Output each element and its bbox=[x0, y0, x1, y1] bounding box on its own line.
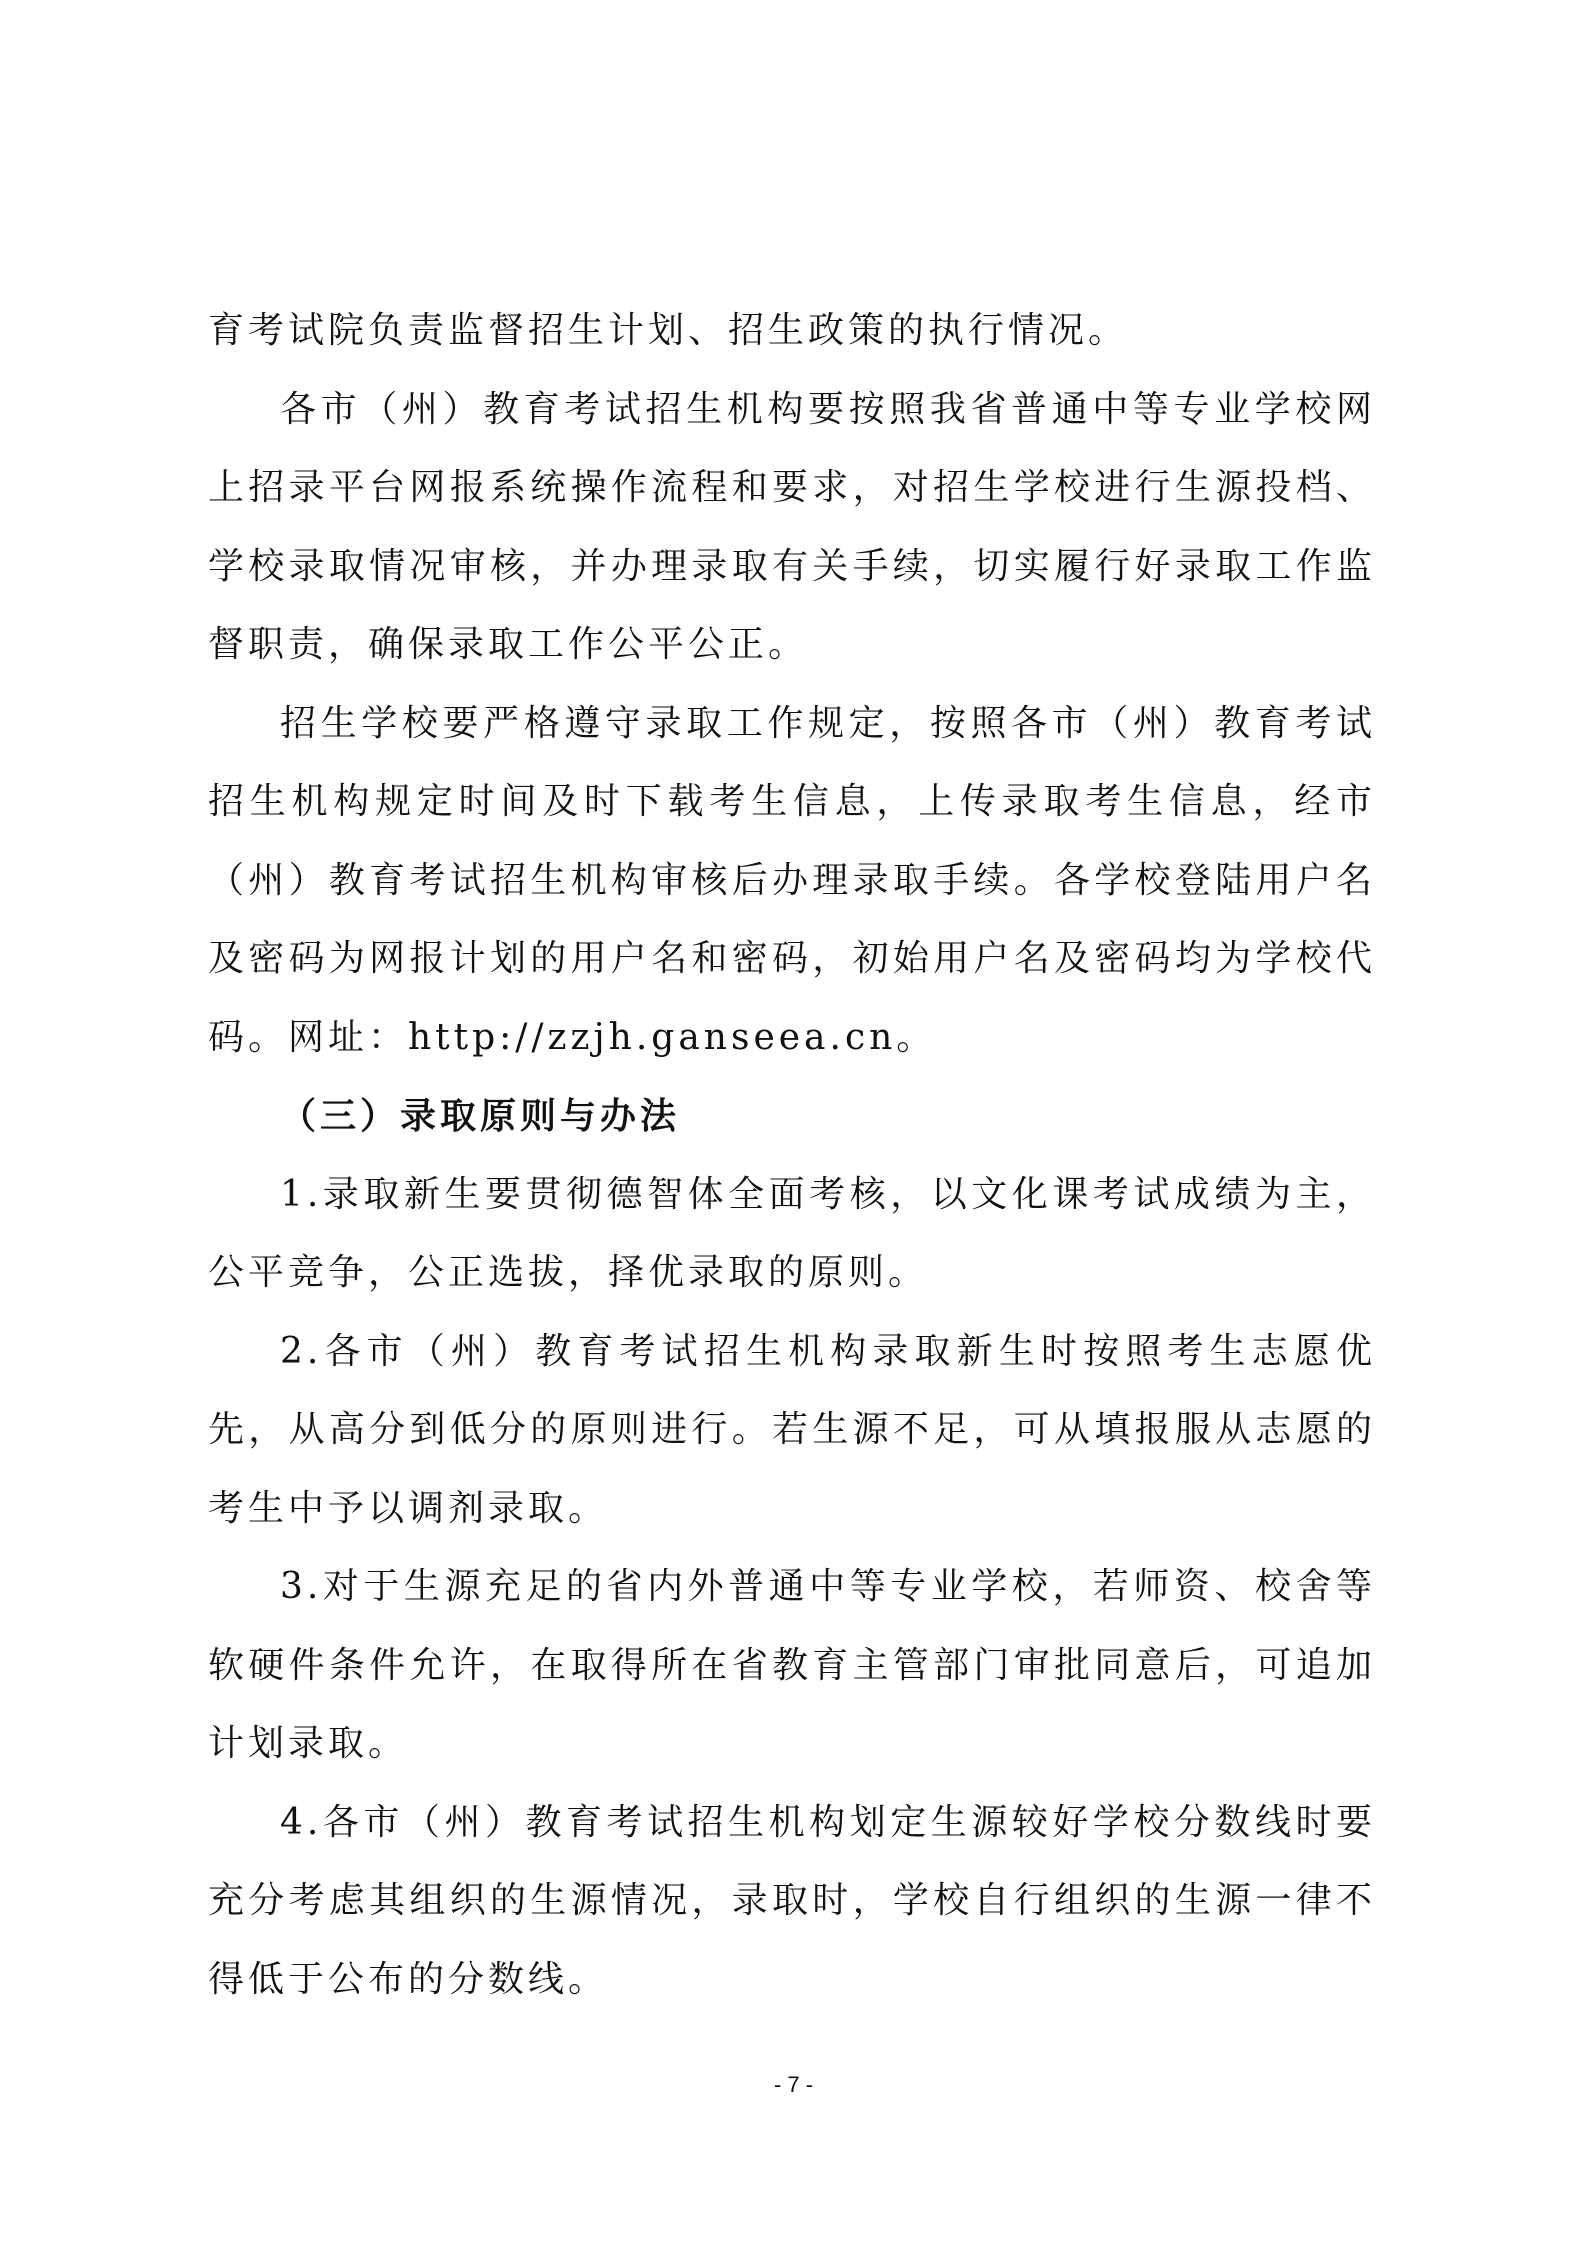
paragraph-item-3: 3.对于生源充足的省内外普通中等专业学校，若师资、校舍等软硬件条件允许，在取得所… bbox=[208, 1548, 1376, 1784]
document-body: 育考试院负责监督招生计划、招生政策的执行情况。 各市（州）教育考试招生机构要按照… bbox=[208, 292, 1376, 2019]
paragraph-continuation: 育考试院负责监督招生计划、招生政策的执行情况。 bbox=[208, 292, 1376, 371]
document-page: 育考试院负责监督招生计划、招生政策的执行情况。 各市（州）教育考试招生机构要按照… bbox=[0, 0, 1587, 2245]
paragraph-municipal-agency-duties: 各市（州）教育考试招生机构要按照我省普通中等专业学校网上招录平台网报系统操作流程… bbox=[208, 371, 1376, 685]
paragraph-school-duties: 招生学校要严格遵守录取工作规定，按照各市（州）教育考试招生机构规定时间及时下载考… bbox=[208, 685, 1376, 1078]
paragraph-item-1: 1.录取新生要贯彻德智体全面考核，以文化课考试成绩为主，公平竞争，公正选拔，择优… bbox=[208, 1156, 1376, 1313]
section-heading-admission-principles: （三）录取原则与办法 bbox=[208, 1077, 1376, 1156]
paragraph-item-4: 4.各市（州）教育考试招生机构划定生源较好学校分数线时要充分考虑其组织的生源情况… bbox=[208, 1784, 1376, 2020]
page-number: - 7 - bbox=[0, 2072, 1587, 2098]
paragraph-item-2: 2.各市（州）教育考试招生机构录取新生时按照考生志愿优先，从高分到低分的原则进行… bbox=[208, 1313, 1376, 1549]
